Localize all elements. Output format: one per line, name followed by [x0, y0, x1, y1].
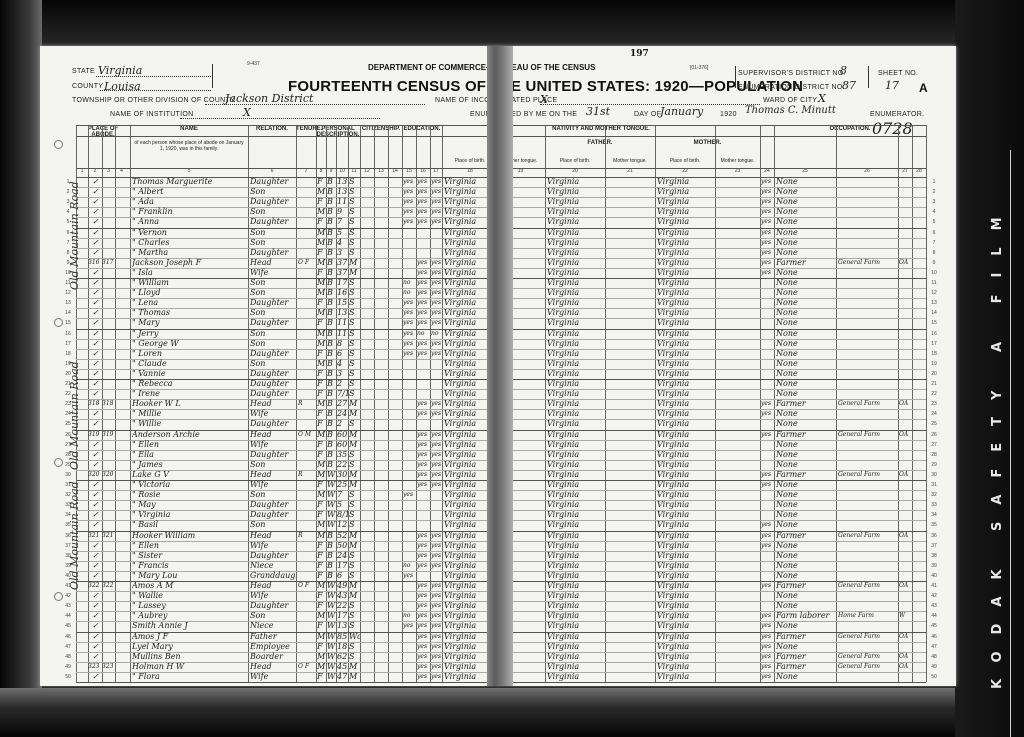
occupation: None — [776, 217, 836, 227]
check-mark-icon: ✓ — [92, 551, 100, 561]
family-number: 318 — [102, 399, 115, 409]
line-number-right: 24 — [928, 409, 940, 419]
tenure-group-header: TENURE. — [296, 126, 316, 136]
race: B — [327, 298, 336, 308]
occupation: None — [776, 520, 836, 530]
can-read: yes — [417, 217, 430, 227]
mother-birthplace: Virginia — [657, 450, 715, 460]
person-name: Amos A M — [132, 581, 248, 591]
age: 60 — [337, 430, 348, 440]
race: W — [327, 520, 336, 530]
film-border-bottom — [0, 688, 1024, 737]
marital-status: S — [349, 349, 360, 359]
year-label: 1920 — [720, 111, 737, 118]
tenure: R — [298, 470, 316, 480]
father-birthplace: Virginia — [547, 551, 605, 561]
grid-line-vertical — [296, 125, 297, 682]
class-of-worker: OA — [899, 258, 912, 268]
person-name: " Albert — [132, 187, 248, 197]
line-number-right: 46 — [928, 632, 940, 642]
race: B — [327, 430, 336, 440]
grid-line-vertical — [115, 125, 116, 682]
occupation: None — [776, 177, 836, 187]
family-number: 321 — [102, 531, 115, 541]
tenure: R — [298, 531, 316, 541]
occupation: None — [776, 207, 836, 217]
person-name: " Jerry — [132, 329, 248, 339]
speaks-english: yes — [761, 187, 774, 197]
age: 2 — [337, 419, 348, 429]
sex: M — [317, 581, 326, 591]
state-label: STATE — [72, 68, 95, 75]
line-number-right: 40 — [928, 571, 940, 581]
class-of-worker: OA — [899, 632, 912, 642]
attended-school: yes — [403, 571, 416, 581]
marital-status: S — [349, 379, 360, 389]
occupation: Farmer — [776, 652, 836, 662]
header-bracket-left — [212, 64, 213, 88]
can-write: yes — [431, 611, 442, 621]
age: 17 — [337, 278, 348, 288]
line-number-right: 25 — [928, 419, 940, 429]
can-write: yes — [431, 308, 442, 318]
age: 37 — [337, 258, 348, 268]
attended-school: yes — [403, 197, 416, 207]
person-name: " William — [132, 278, 248, 288]
occupation: Farmer — [776, 470, 836, 480]
can-write: yes — [431, 207, 442, 217]
speaks-english: yes — [761, 632, 774, 642]
mother-birthplace: Virginia — [657, 652, 715, 662]
grid-line-vertical — [912, 125, 913, 682]
grid-line-vertical — [374, 125, 375, 682]
punch-hole — [54, 592, 63, 601]
form-number-right: [01-376] — [690, 65, 708, 71]
can-read: yes — [417, 470, 430, 480]
age: 45 — [337, 662, 348, 672]
marital-status: M — [349, 672, 360, 682]
grid-line-vertical — [836, 125, 837, 682]
speaks-english: yes — [761, 268, 774, 278]
line-number-right: 18 — [928, 349, 940, 359]
industry: General Farm — [838, 430, 898, 440]
sex: F — [317, 197, 326, 207]
can-write: yes — [431, 399, 442, 409]
sex: M — [317, 359, 326, 369]
can-read: yes — [417, 288, 430, 298]
marital-status: S — [349, 217, 360, 227]
occupation: None — [776, 298, 836, 308]
father-birthplace: Virginia — [547, 642, 605, 652]
can-write: yes — [431, 430, 442, 440]
marital-status: S — [349, 238, 360, 248]
father-birthplace: Virginia — [547, 217, 605, 227]
can-write: yes — [431, 470, 442, 480]
county-value: Louisa — [104, 80, 141, 93]
age: 11 — [337, 197, 348, 207]
check-mark-icon: ✓ — [92, 520, 100, 530]
father-birthplace: Virginia — [547, 621, 605, 631]
age: 49 — [337, 581, 348, 591]
sheet-bracket — [868, 66, 869, 88]
father-birthplace: Virginia — [547, 379, 605, 389]
mother-birthplace: Virginia — [657, 571, 715, 581]
race: B — [327, 349, 336, 359]
sex: F — [317, 541, 326, 551]
age: 9 — [337, 207, 348, 217]
father-birthplace: Virginia — [547, 430, 605, 440]
age: 5 — [337, 228, 348, 238]
occupation: None — [776, 500, 836, 510]
occupation: None — [776, 561, 836, 571]
side-note-street: Old Mountain Road — [68, 361, 81, 470]
relation: Daughter — [250, 217, 296, 227]
occupation: None — [776, 248, 836, 258]
institution-value: X — [243, 106, 251, 119]
occupation: None — [776, 278, 836, 288]
occupation: None — [776, 571, 836, 581]
line-number-right: 32 — [928, 490, 940, 500]
subcolumn-label: Place of birth. — [545, 158, 605, 168]
dwelling-number: 319 — [88, 430, 102, 440]
mother-birthplace: Virginia — [657, 500, 715, 510]
age: 35 — [337, 450, 348, 460]
occupation: None — [776, 369, 836, 379]
column-number: 8 — [316, 168, 326, 175]
sex: F — [317, 450, 326, 460]
can-read: yes — [417, 318, 430, 328]
relation: Daughter — [250, 177, 296, 187]
occupation: None — [776, 379, 836, 389]
person-name: " Lena — [132, 298, 248, 308]
speaks-english: yes — [761, 581, 774, 591]
race: B — [327, 369, 336, 379]
relation: Daughter — [250, 197, 296, 207]
check-mark-icon: ✓ — [92, 349, 100, 359]
father-birthplace: Virginia — [547, 268, 605, 278]
line-number: 18 — [62, 349, 74, 359]
line-number-right: 47 — [928, 642, 940, 652]
family-number: 319 — [102, 430, 115, 440]
mother-birthplace: Virginia — [657, 531, 715, 541]
mother-birthplace: Virginia — [657, 379, 715, 389]
column-number: 11 — [348, 168, 360, 175]
sex: F — [317, 298, 326, 308]
person-name: " Mary — [132, 318, 248, 328]
sex: M — [317, 430, 326, 440]
can-read: yes — [417, 662, 430, 672]
relation: Boarder — [250, 652, 296, 662]
punch-hole — [54, 318, 63, 327]
relation: Niece — [250, 621, 296, 631]
speaks-english: yes — [761, 662, 774, 672]
relation: Daughter — [250, 450, 296, 460]
relation: Son — [250, 329, 296, 339]
can-read: yes — [417, 581, 430, 591]
can-write: yes — [431, 551, 442, 561]
can-read: yes — [417, 551, 430, 561]
relation: Daughter — [250, 369, 296, 379]
line-number: 42 — [62, 591, 74, 601]
speaks-english: yes — [761, 470, 774, 480]
relation: Father — [250, 632, 296, 642]
relation: Son — [250, 611, 296, 621]
grid-line-vertical — [774, 125, 775, 682]
marital-status: S — [349, 642, 360, 652]
line-number-right: 16 — [928, 329, 940, 339]
relation: Granddaughter — [250, 571, 296, 581]
father-birthplace: Virginia — [547, 399, 605, 409]
person-name: " Mary Lou — [132, 571, 248, 581]
film-edge-line — [1010, 150, 1011, 737]
father-birthplace: Virginia — [547, 369, 605, 379]
relation: Wife — [250, 268, 296, 278]
race: B — [327, 177, 336, 187]
class-of-worker: OA — [899, 531, 912, 541]
ward-label: WARD OF CITY — [763, 97, 817, 104]
age: 25 — [337, 480, 348, 490]
father-birthplace: Virginia — [547, 662, 605, 672]
person-name: " Millie — [132, 409, 248, 419]
can-write: no — [431, 329, 442, 339]
sex: F — [317, 480, 326, 490]
marital-status: M — [349, 399, 360, 409]
age: 27 — [337, 399, 348, 409]
marital-status: S — [349, 308, 360, 318]
occupation: Farm laborer — [776, 611, 836, 621]
father-birthplace: Virginia — [547, 541, 605, 551]
father-birthplace: Virginia — [547, 672, 605, 682]
punch-hole — [54, 458, 63, 467]
father-birthplace: Virginia — [547, 419, 605, 429]
township-value: Jackson District — [225, 92, 313, 105]
sex: M — [317, 207, 326, 217]
check-mark-icon: ✓ — [92, 601, 100, 611]
class-of-worker: OA — [899, 430, 912, 440]
marital-status: M — [349, 440, 360, 450]
race: B — [327, 238, 336, 248]
film-border-top — [0, 0, 1024, 50]
attended-school: no — [403, 611, 416, 621]
marital-status: Wd — [349, 632, 360, 642]
person-name: " Ellen — [132, 541, 248, 551]
speaks-english: yes — [761, 672, 774, 682]
age: 17 — [337, 561, 348, 571]
can-write: yes — [431, 268, 442, 278]
father-birthplace: Virginia — [547, 329, 605, 339]
person-name: " Aubrey — [132, 611, 248, 621]
person-name: " Loren — [132, 349, 248, 359]
can-read: yes — [417, 268, 430, 278]
can-write: yes — [431, 298, 442, 308]
father-birthplace: Virginia — [547, 581, 605, 591]
check-mark-icon: ✓ — [92, 268, 100, 278]
relation: Niece — [250, 561, 296, 571]
speaks-english: yes — [761, 399, 774, 409]
sex: F — [317, 409, 326, 419]
sex: F — [317, 561, 326, 571]
check-mark-icon: ✓ — [92, 642, 100, 652]
line-number-right: 22 — [928, 389, 940, 399]
dwelling-number: 316 — [88, 258, 102, 268]
person-name: " Lassey — [132, 601, 248, 611]
column-number: 17 — [430, 168, 442, 175]
sex: M — [317, 460, 326, 470]
relation: Son — [250, 288, 296, 298]
attended-school: no — [403, 288, 416, 298]
line-number: 49 — [62, 662, 74, 672]
marital-status: S — [349, 359, 360, 369]
occupation: None — [776, 187, 836, 197]
can-read: yes — [417, 480, 430, 490]
check-mark-icon: ✓ — [92, 248, 100, 258]
line-number-right: 41 — [928, 581, 940, 591]
check-mark-icon: ✓ — [92, 460, 100, 470]
sex: F — [317, 177, 326, 187]
relation: Son — [250, 359, 296, 369]
line-number-right: 45 — [928, 621, 940, 631]
occupation: None — [776, 672, 836, 682]
person-name: " Vernon — [132, 228, 248, 238]
person-name: " James — [132, 460, 248, 470]
column-number: 14 — [388, 168, 402, 175]
sex: F — [317, 672, 326, 682]
race: B — [327, 409, 336, 419]
can-read: yes — [417, 278, 430, 288]
occupation: None — [776, 450, 836, 460]
sex: F — [317, 248, 326, 258]
line-number-right: 50 — [928, 672, 940, 682]
can-read: yes — [417, 611, 430, 621]
class-of-worker: OA — [899, 652, 912, 662]
enumerator-label: ENUMERATOR. — [870, 111, 924, 118]
race: W — [327, 662, 336, 672]
check-mark-icon: ✓ — [92, 389, 100, 399]
relation: Head — [250, 581, 296, 591]
speaks-english: yes — [761, 207, 774, 217]
marital-status: M — [349, 258, 360, 268]
marital-status: S — [349, 207, 360, 217]
line-number: 45 — [62, 621, 74, 631]
race: B — [327, 308, 336, 318]
check-mark-icon: ✓ — [92, 571, 100, 581]
mother-birthplace: Virginia — [657, 581, 715, 591]
father-birthplace: Virginia — [547, 632, 605, 642]
occupation: Farmer — [776, 430, 836, 440]
sex: M — [317, 611, 326, 621]
race: B — [327, 339, 336, 349]
tenure: O F — [298, 258, 316, 268]
check-mark-icon: ✓ — [92, 591, 100, 601]
speaks-english: yes — [761, 258, 774, 268]
person-name: " Willie — [132, 419, 248, 429]
can-write: yes — [431, 278, 442, 288]
supervisor-value: 8 — [840, 64, 847, 77]
line-number-right: 9 — [928, 258, 940, 268]
line-number-right: 26 — [928, 430, 940, 440]
incorporated-place-line — [540, 104, 760, 105]
age: 6 — [337, 571, 348, 581]
line-number-right: 19 — [928, 359, 940, 369]
line-number-right: 33 — [928, 500, 940, 510]
line-number-right: 30 — [928, 470, 940, 480]
can-read: yes — [417, 339, 430, 349]
column-number: 3 — [102, 168, 115, 175]
can-read: yes — [417, 177, 430, 187]
marital-status: M — [349, 531, 360, 541]
father-birthplace: Virginia — [547, 228, 605, 238]
line-number: 50 — [62, 672, 74, 682]
person-name: " Flora — [132, 672, 248, 682]
occupation: None — [776, 419, 836, 429]
page-number: 197 — [630, 49, 649, 59]
mother-birthplace: Virginia — [657, 339, 715, 349]
marital-status: M — [349, 480, 360, 490]
can-read: yes — [417, 601, 430, 611]
sex: F — [317, 268, 326, 278]
can-write: yes — [431, 561, 442, 571]
column-number: 1 — [76, 168, 88, 175]
occupation: None — [776, 541, 836, 551]
sex: M — [317, 490, 326, 500]
can-read: yes — [417, 541, 430, 551]
occupation: None — [776, 308, 836, 318]
person-name: Jackson Joseph F — [132, 258, 248, 268]
can-read: yes — [417, 298, 430, 308]
occupation: None — [776, 359, 836, 369]
person-name: Smith Annie J — [132, 621, 248, 631]
marital-status: M — [349, 430, 360, 440]
check-mark-icon: ✓ — [92, 228, 100, 238]
relation: Son — [250, 308, 296, 318]
column-number: 10 — [336, 168, 348, 175]
sex: F — [317, 621, 326, 631]
age: 5 — [337, 500, 348, 510]
line-number-right: 27 — [928, 440, 940, 450]
dwelling-number: 322 — [88, 581, 102, 591]
attended-school: yes — [403, 339, 416, 349]
marital-status: S — [349, 450, 360, 460]
relation: Head — [250, 470, 296, 480]
can-write: yes — [431, 258, 442, 268]
person-name: " Thomas — [132, 308, 248, 318]
speaks-english: yes — [761, 531, 774, 541]
relation: Son — [250, 460, 296, 470]
person-name: " Francis — [132, 561, 248, 571]
race: B — [327, 419, 336, 429]
father-birthplace: Virginia — [547, 197, 605, 207]
mother-birthplace: Virginia — [657, 197, 715, 207]
attended-school: yes — [403, 621, 416, 631]
occupation: None — [776, 349, 836, 359]
line-number-right: 36 — [928, 531, 940, 541]
can-write: yes — [431, 187, 442, 197]
father-birthplace: Virginia — [547, 248, 605, 258]
occupation: Farmer — [776, 531, 836, 541]
marital-status: S — [349, 369, 360, 379]
attended-school: yes — [403, 207, 416, 217]
relation: Son — [250, 490, 296, 500]
sex: M — [317, 329, 326, 339]
mother-birthplace: Virginia — [657, 642, 715, 652]
industry: General Farm — [838, 652, 898, 662]
can-read: yes — [417, 632, 430, 642]
race: W — [327, 672, 336, 682]
marital-status: S — [349, 339, 360, 349]
industry: General Farm — [838, 632, 898, 642]
line-number-right: 21 — [928, 379, 940, 389]
person-name: " Basil — [132, 520, 248, 530]
